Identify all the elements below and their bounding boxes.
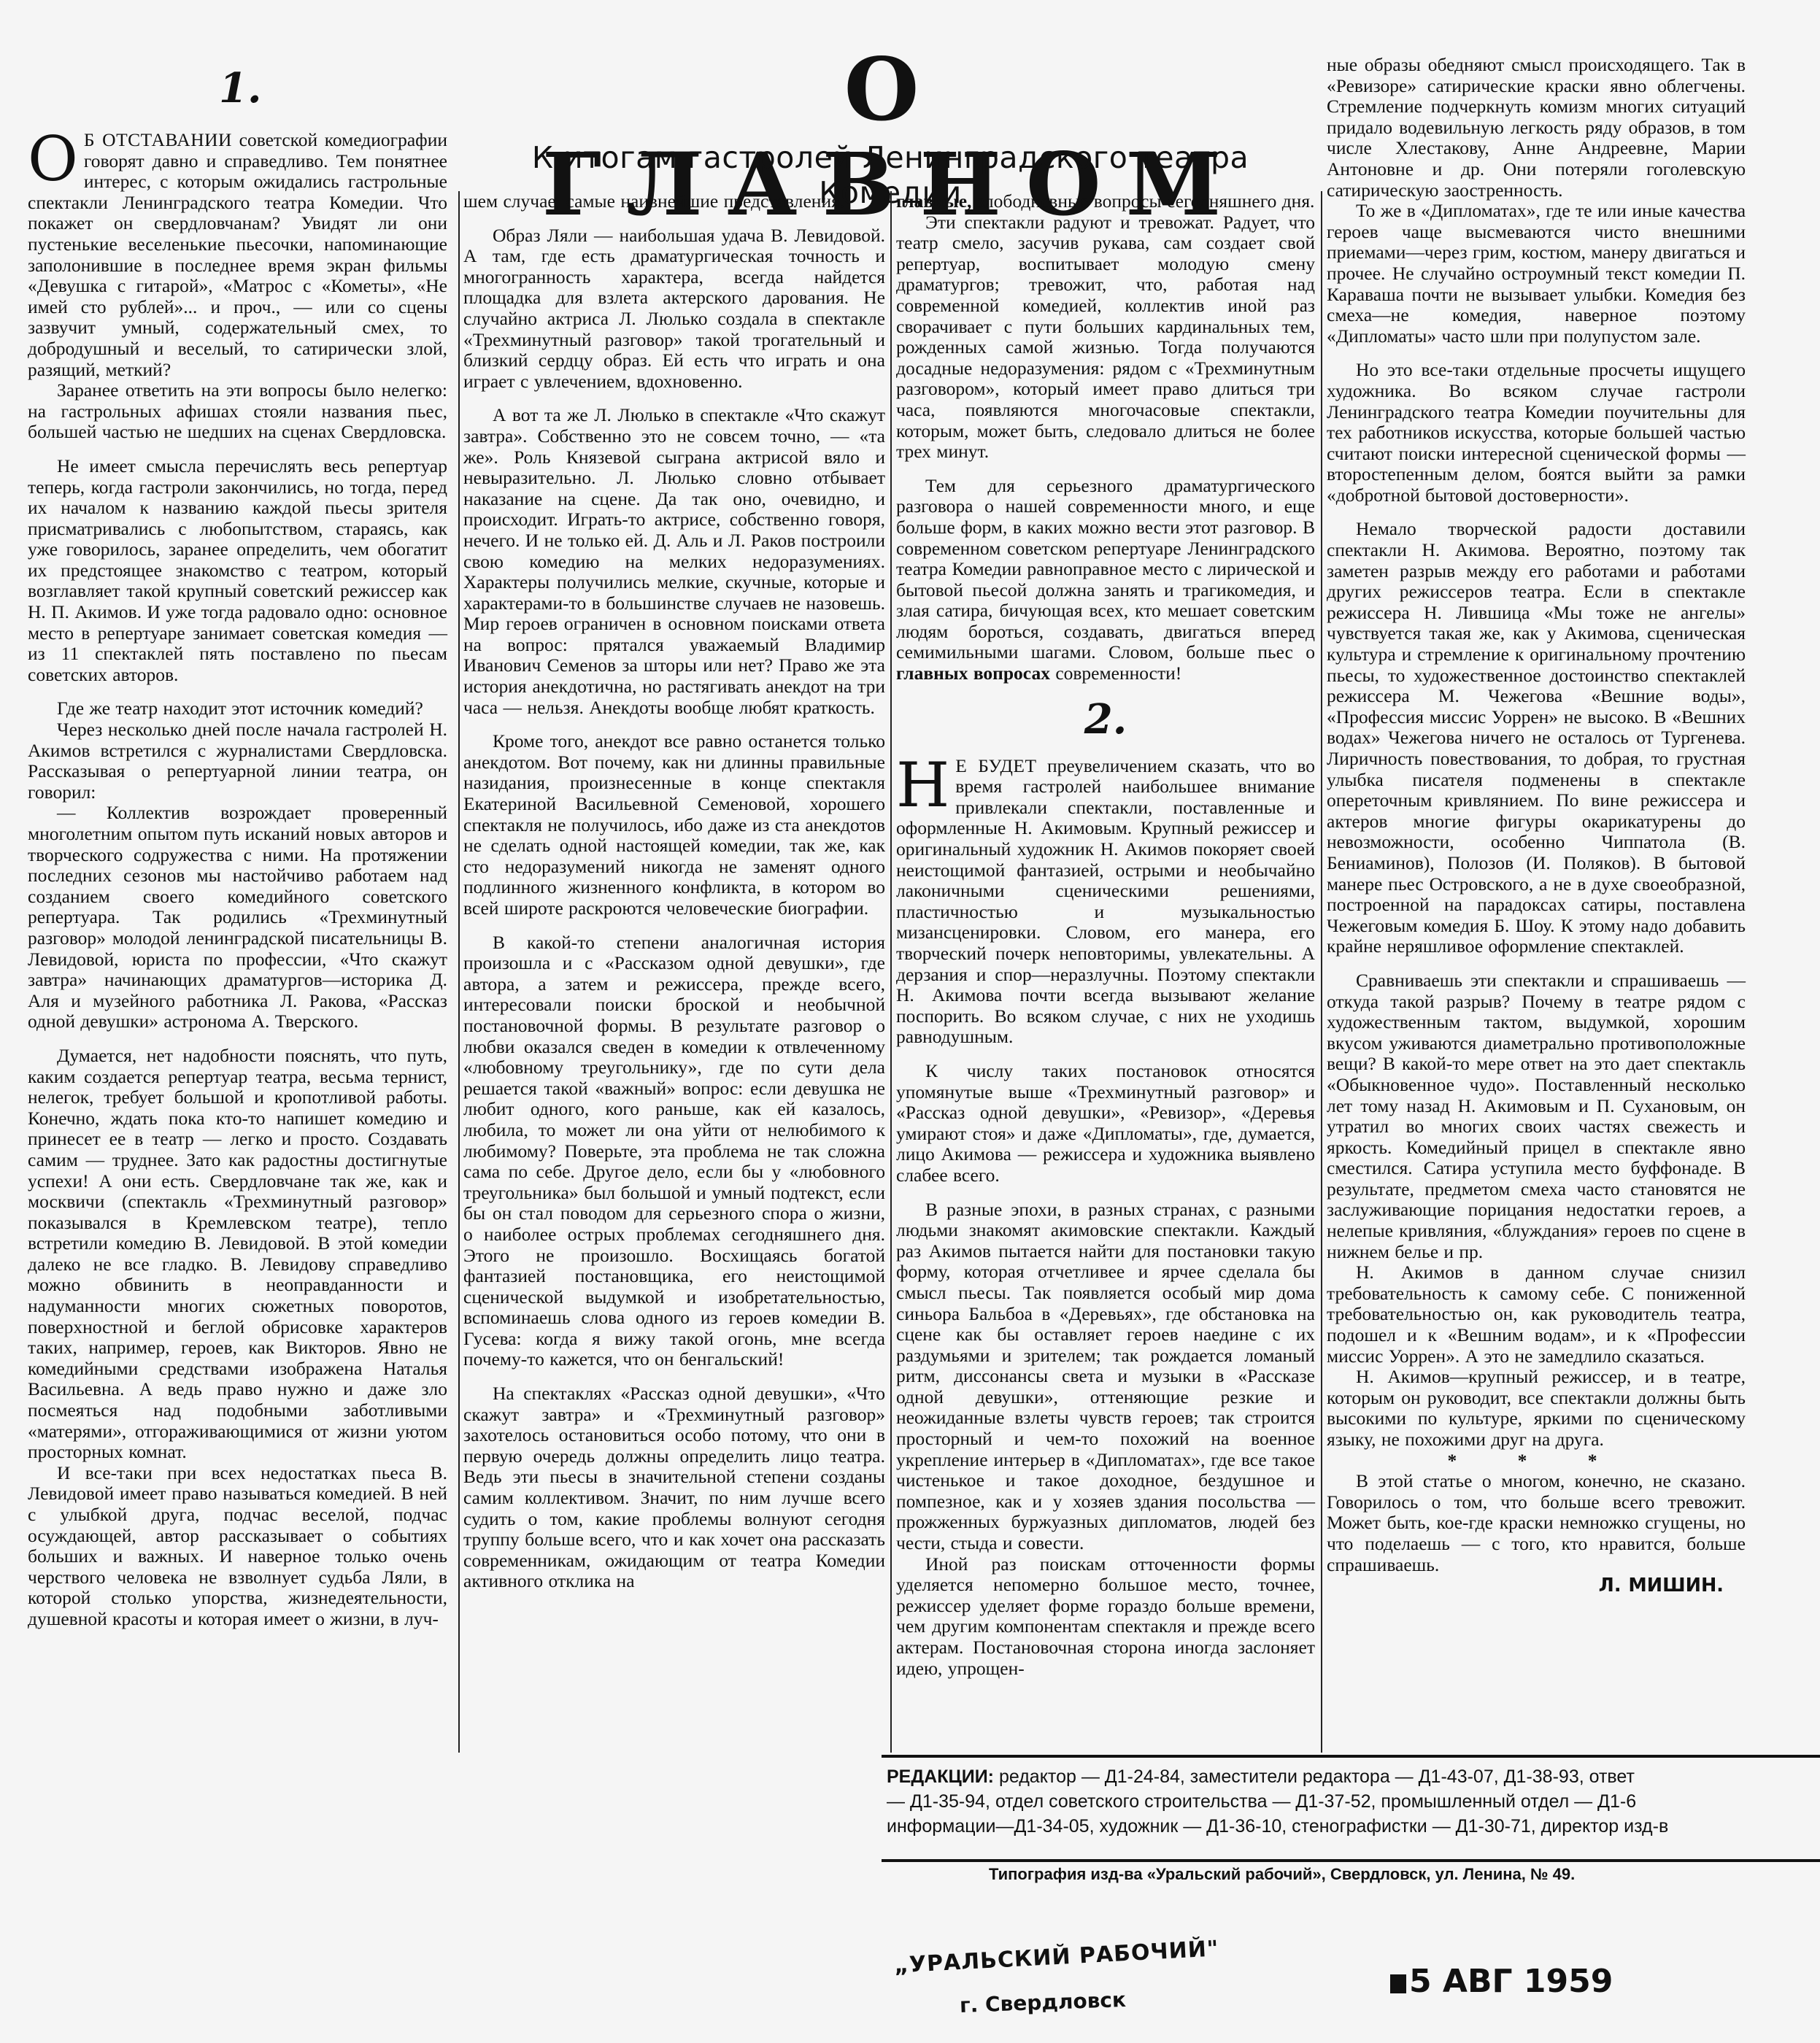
- paragraph: Эти спектакли радуют и тревожат. Радует,…: [896, 212, 1315, 463]
- lead-caps: Б ОТСТАВАНИИ: [84, 129, 232, 150]
- editorial-contacts: РЕДАКЦИИ: редактор — Д1-24-84, заместите…: [887, 1764, 1813, 1839]
- paragraph: Где же театр находит этот источник комед…: [28, 698, 447, 719]
- paragraph: А вот та же Л. Люлько в спектакле «Что с…: [463, 405, 885, 718]
- contacts-label: РЕДАКЦИИ:: [887, 1766, 994, 1787]
- column-divider: [458, 191, 460, 1753]
- column-divider: [890, 191, 892, 1753]
- bold-text: главных вопросах: [896, 663, 1050, 684]
- paragraph: главные, злободневные вопросы сегодняшне…: [896, 191, 1315, 212]
- lead-paragraph: ОБ ОТСТАВАНИИ советской комедиографии го…: [28, 130, 447, 380]
- stamp-date-text: 5 АВГ 1959: [1409, 1963, 1613, 2000]
- paragraph: Через несколько дней после начала гастро…: [28, 719, 447, 803]
- paragraph: Кроме того, анекдот все равно останется …: [463, 731, 885, 919]
- paragraph-text: преувеличением сказать, что во время гас…: [896, 755, 1315, 1048]
- paragraph: Образ Ляли — наибольшая удача В. Левидов…: [463, 225, 885, 393]
- closing-paragraph: В этой статье о многом, конечно, не сказ…: [1327, 1471, 1746, 1575]
- paragraph: В какой-то степени аналогичная история п…: [463, 932, 885, 1370]
- paragraph: Иной раз поискам отточенности формы удел…: [896, 1554, 1315, 1680]
- author-signature: Л. МИШИН.: [1327, 1575, 1746, 1596]
- footer-rule-bottom: [882, 1859, 1820, 1862]
- lead-paragraph: НЕ БУДЕТ преувеличением сказать, что во …: [896, 756, 1315, 1048]
- paragraph: Н. Акимов в данном случае снизил требова…: [1327, 1262, 1746, 1367]
- paragraph: К числу таких постановок относятся упомя…: [896, 1061, 1315, 1186]
- article-column-3: главные, злободневные вопросы сегодняшне…: [896, 191, 1315, 1679]
- archive-stamp-city: г. Свердловск: [959, 1988, 1126, 2017]
- paragraph: ные образы обедняют смысл происходящего.…: [1327, 55, 1746, 201]
- section-number-1: 1.: [219, 64, 261, 112]
- paragraph: Заранее ответить на эти вопросы было нел…: [28, 380, 447, 443]
- section-separator: * * *: [1327, 1451, 1746, 1472]
- paragraph: Немало творческой радости доставили спек…: [1327, 519, 1746, 957]
- column-divider: [1321, 191, 1322, 1753]
- paragraph: В разные эпохи, в разных странах, с разн…: [896, 1200, 1315, 1554]
- article-column-4: ные образы обедняют смысл происходящего.…: [1327, 55, 1746, 1596]
- paragraph: Тем для серьезного драматургического раз…: [896, 476, 1315, 684]
- archive-stamp-date: 5 АВГ 1959: [1390, 1963, 1613, 2000]
- footer-rule-top: [882, 1755, 1820, 1758]
- ink-blot-icon: [1390, 1974, 1406, 1993]
- paragraph-text: Тем для серьезного драматургического раз…: [896, 475, 1315, 663]
- article-column-1: ОБ ОТСТАВАНИИ советской комедиографии го…: [28, 130, 447, 1630]
- paragraph: То же в «Дипломатах», где те или иные ка…: [1327, 201, 1746, 347]
- printer-imprint: Типография изд-ва «Уральский рабочий», С…: [989, 1865, 1575, 1884]
- paragraph: Думается, нет надобности пояснять, что п…: [28, 1046, 447, 1463]
- section-number-2: 2.: [896, 690, 1315, 749]
- drop-cap: Н: [896, 759, 949, 811]
- article-column-2: шем случае, самые наивнейшие представлен…: [463, 191, 885, 1592]
- paragraph: — Коллектив возрождает проверенный много…: [28, 803, 447, 1032]
- paragraph: И все-таки при всех недостатках пьеса В.…: [28, 1463, 447, 1630]
- paragraph: Но это все-таки отдельные просчеты ищуще…: [1327, 360, 1746, 506]
- paragraph: Не имеет смысла перечислять весь реперту…: [28, 456, 447, 686]
- paragraph: шем случае, самые наивнейшие представлен…: [463, 191, 885, 212]
- paragraph-text: злободневные вопросы сегодняшнего дня.: [971, 190, 1314, 212]
- contacts-line-2: — Д1-35-94, отдел советского строительст…: [887, 1789, 1813, 1814]
- paragraph: Сравниваешь эти спектакли и спрашиваешь …: [1327, 970, 1746, 1262]
- contacts-line-1: РЕДАКЦИИ: редактор — Д1-24-84, заместите…: [887, 1764, 1813, 1789]
- paragraph: Н. Акимов—крупный режиссер, и в театре, …: [1327, 1367, 1746, 1450]
- paragraph: На спектаклях «Рассказ одной девушки», «…: [463, 1383, 885, 1592]
- bold-text: главные,: [896, 190, 971, 212]
- lead-caps: Е БУДЕТ: [955, 755, 1036, 776]
- paragraph-text: советской комедиографии говорят давно и …: [28, 129, 447, 380]
- drop-cap: О: [28, 133, 78, 185]
- paragraph-text: современности!: [1050, 663, 1181, 684]
- contacts-line-3: информации—Д1-34-05, художник — Д1-36-10…: [887, 1814, 1813, 1839]
- archive-stamp-org: „УРАЛЬСКИЙ РАБОЧИЙ": [893, 1936, 1219, 1978]
- contacts-text: редактор — Д1-24-84, заместители редакто…: [994, 1766, 1635, 1787]
